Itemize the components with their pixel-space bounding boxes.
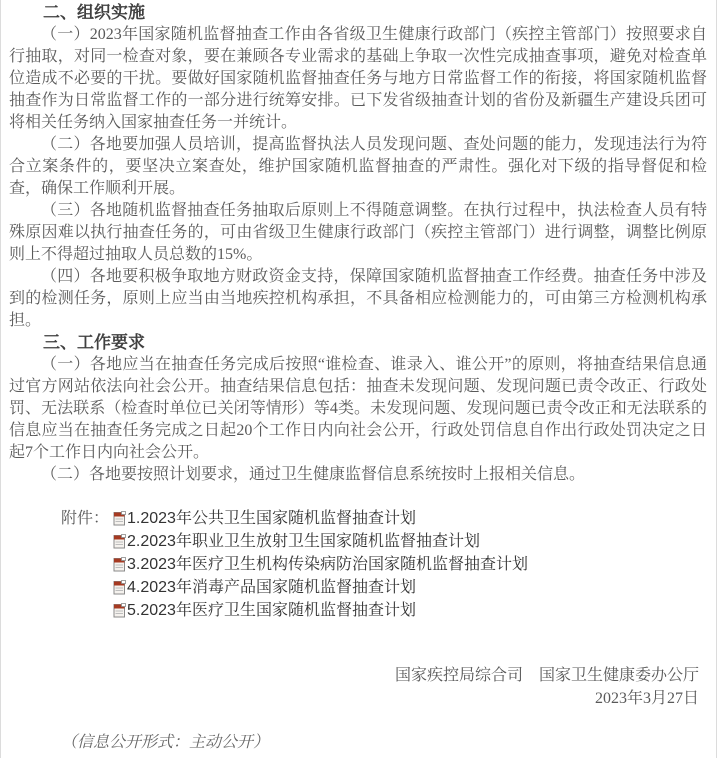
signature-orgs: 国家疾控局综合司 国家卫生健康委办公厅	[9, 664, 699, 687]
document-body: 二、组织实施 （一）2023年国家随机监督抽查工作由各省级卫生健康行政部门（疾控…	[9, 2, 707, 486]
pdf-file-icon	[113, 557, 126, 572]
paragraph-org-1: （一）2023年国家随机监督抽查工作由各省级卫生健康行政部门（疾控主管部门）按照…	[9, 24, 707, 134]
signature-block: 国家疾控局综合司 国家卫生健康委办公厅 2023年3月27日	[9, 664, 707, 710]
pdf-file-icon	[113, 534, 126, 549]
attachment-title: 4.2023年消毒产品国家随机监督抽查计划	[127, 576, 416, 599]
paragraph-org-2: （二）各地要加强人员培训，提高监督执法人员发现问题、查处问题的能力，发现违法行为…	[9, 134, 707, 200]
paragraph-org-3: （三）各地随机监督抽查任务抽取后原则上不得随意调整。在执行过程中，执法检查人员有…	[9, 200, 707, 266]
attachment-link-2[interactable]: 2.2023年职业卫生放射卫生国家随机监督抽查计划	[113, 530, 528, 553]
attachment-title: 1.2023年公共卫生国家随机监督抽查计划	[127, 507, 416, 530]
attachment-link-4[interactable]: 4.2023年消毒产品国家随机监督抽查计划	[113, 576, 528, 599]
attachment-link-3[interactable]: 3.2023年医疗卫生机构传染病防治国家随机监督抽查计划	[113, 553, 528, 576]
attachments-list: 1.2023年公共卫生国家随机监督抽查计划 2.2023年职业卫生放射卫生国家随…	[113, 507, 528, 622]
paragraph-req-2: （二）各地要按照计划要求，通过卫生健康监督信息系统按时上报相关信息。	[9, 464, 707, 486]
attachment-link-1[interactable]: 1.2023年公共卫生国家随机监督抽查计划	[113, 507, 528, 530]
attachments-block: 附件： 1.2023年公共卫生国家随机监督抽查计划	[61, 507, 707, 622]
attachment-title: 2.2023年职业卫生放射卫生国家随机监督抽查计划	[127, 530, 480, 553]
attachments-label: 附件：	[61, 507, 109, 530]
paragraph-req-1: （一）各地应当在抽查任务完成后按照“谁检查、谁录入、谁公开”的原则，将抽查结果信…	[9, 354, 707, 464]
section-heading-organization: 二、组织实施	[9, 2, 707, 24]
attachment-title: 5.2023年医疗卫生国家随机监督抽查计划	[127, 599, 416, 622]
signature-date: 2023年3月27日	[9, 687, 699, 710]
pdf-file-icon	[113, 603, 126, 618]
document-page: 二、组织实施 （一）2023年国家随机监督抽查工作由各省级卫生健康行政部门（疾控…	[0, 0, 717, 758]
attachment-link-5[interactable]: 5.2023年医疗卫生国家随机监督抽查计划	[113, 599, 528, 622]
paragraph-org-4: （四）各地要积极争取地方财政资金支持，保障国家随机监督抽查工作经费。抽查任务中涉…	[9, 266, 707, 332]
pdf-file-icon	[113, 511, 126, 526]
disclosure-note: （信息公开形式：主动公开）	[61, 732, 707, 754]
pdf-file-icon	[113, 580, 126, 595]
attachment-title: 3.2023年医疗卫生机构传染病防治国家随机监督抽查计划	[127, 553, 528, 576]
section-heading-requirements: 三、工作要求	[9, 332, 707, 354]
